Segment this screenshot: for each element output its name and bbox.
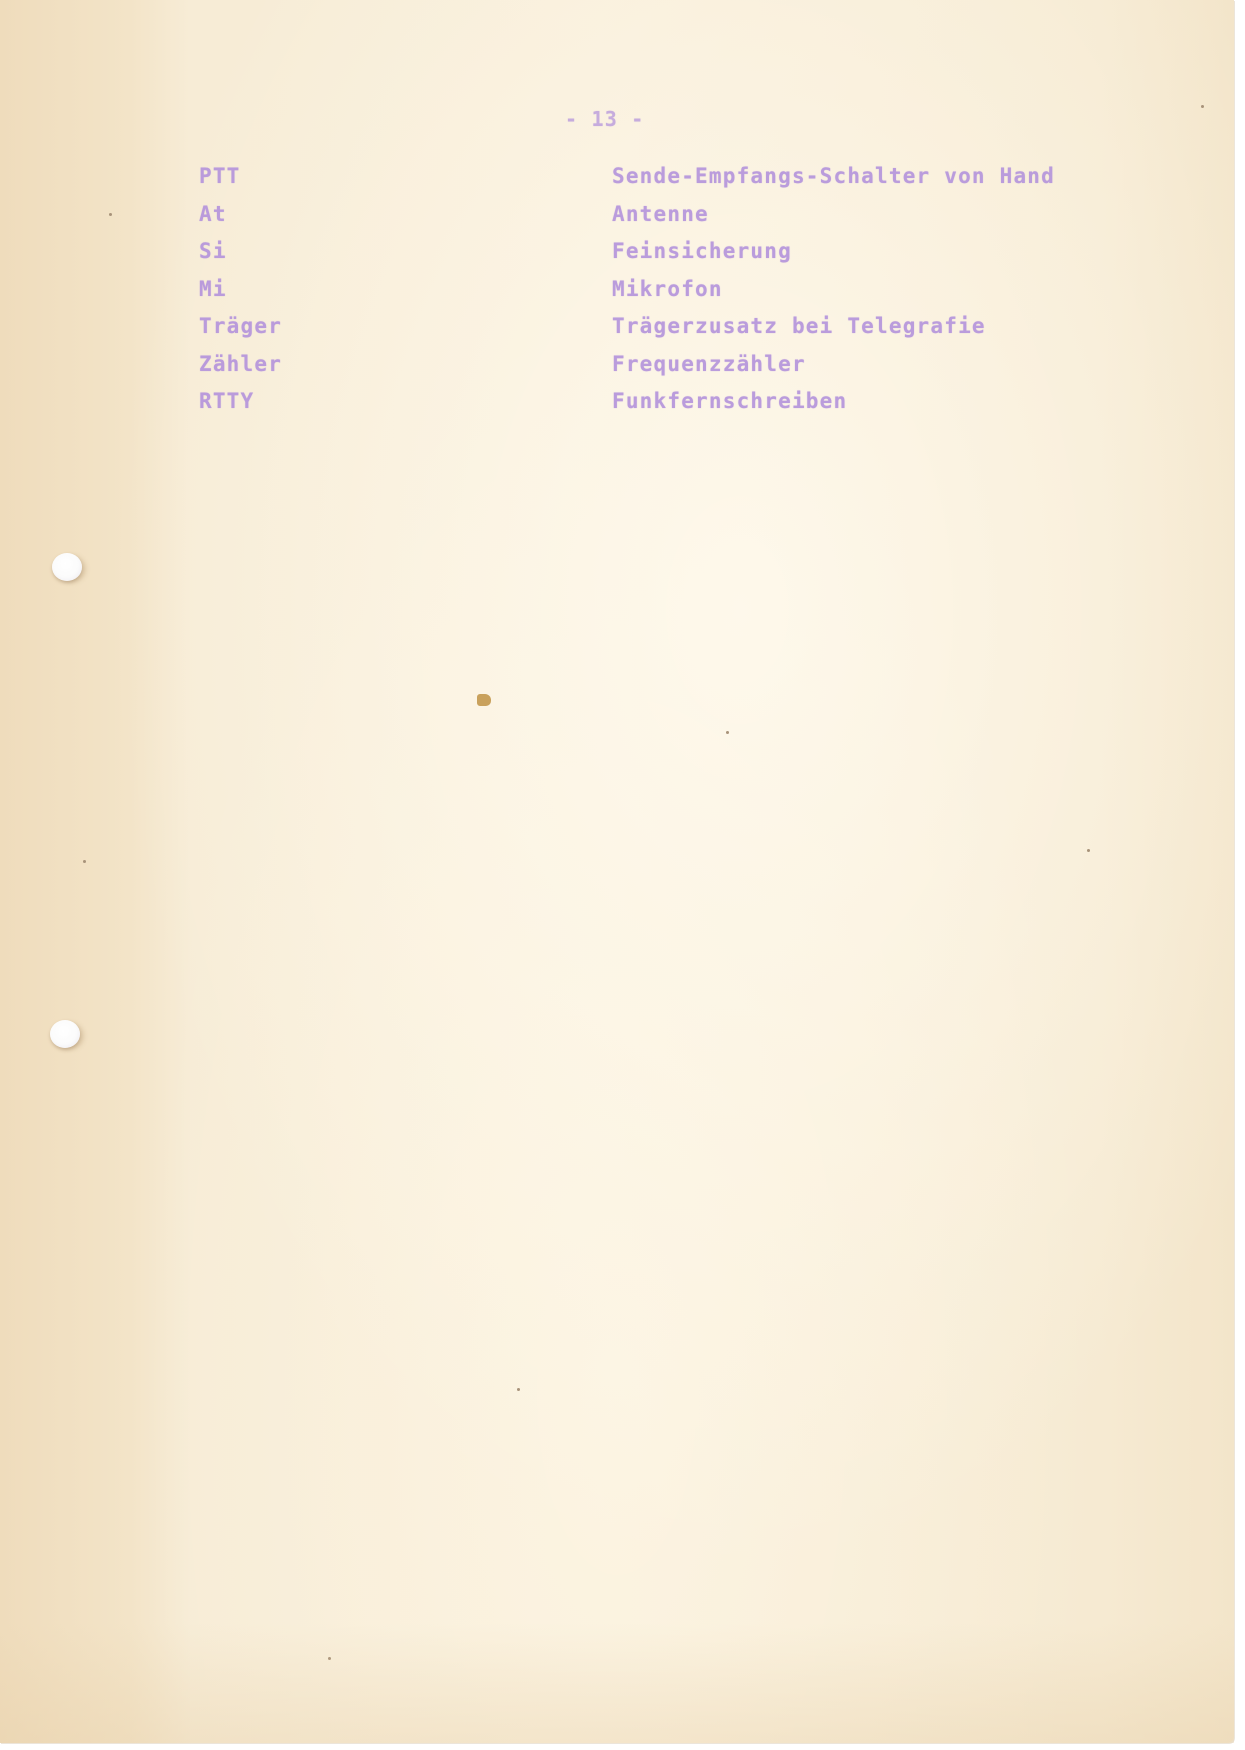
punch-hole-bottom — [50, 1020, 80, 1048]
abbreviation: Si — [199, 239, 227, 263]
paper-speck — [328, 1657, 331, 1660]
abbreviation-description: Feinsicherung — [612, 239, 792, 263]
punch-hole-top — [52, 553, 82, 581]
abbreviation-row: RTTY Funkfernschreiben — [0, 389, 1234, 427]
abbreviation-row: Si Feinsicherung — [0, 239, 1234, 277]
abbreviation-description: Trägerzusatz bei Telegrafie — [612, 314, 986, 338]
abbreviation-row: Mi Mikrofon — [0, 277, 1234, 315]
paper-stain — [477, 694, 491, 706]
abbreviation: PTT — [199, 164, 241, 188]
abbreviation: At — [199, 202, 227, 226]
abbreviation: Mi — [199, 277, 227, 301]
abbreviation-description: Funkfernschreiben — [612, 389, 847, 413]
abbreviation-description: Sende-Empfangs-Schalter von Hand — [612, 164, 1055, 188]
abbreviation: Träger — [199, 314, 282, 338]
abbreviation-row: PTT Sende-Empfangs-Schalter von Hand — [0, 164, 1234, 202]
abbreviation-row: Träger Trägerzusatz bei Telegrafie — [0, 314, 1234, 352]
page-number: - 13 - — [565, 107, 644, 131]
paper-speck — [1087, 849, 1090, 852]
paper-speck — [726, 731, 729, 734]
abbreviation: Zähler — [199, 352, 282, 376]
abbreviation-row: At Antenne — [0, 202, 1234, 240]
paper-speck — [517, 1388, 520, 1391]
paper-speck — [83, 860, 86, 863]
abbreviation-description: Mikrofon — [612, 277, 723, 301]
document-page: - 13 - PTT Sende-Empfangs-Schalter von H… — [0, 0, 1234, 1743]
abbreviation-description: Frequenzzähler — [612, 352, 806, 376]
abbreviation-description: Antenne — [612, 202, 709, 226]
paper-speck — [1201, 105, 1204, 108]
abbreviation: RTTY — [199, 389, 254, 413]
abbreviation-list: PTT Sende-Empfangs-Schalter von Hand At … — [0, 164, 1234, 427]
abbreviation-row: Zähler Frequenzzähler — [0, 352, 1234, 390]
